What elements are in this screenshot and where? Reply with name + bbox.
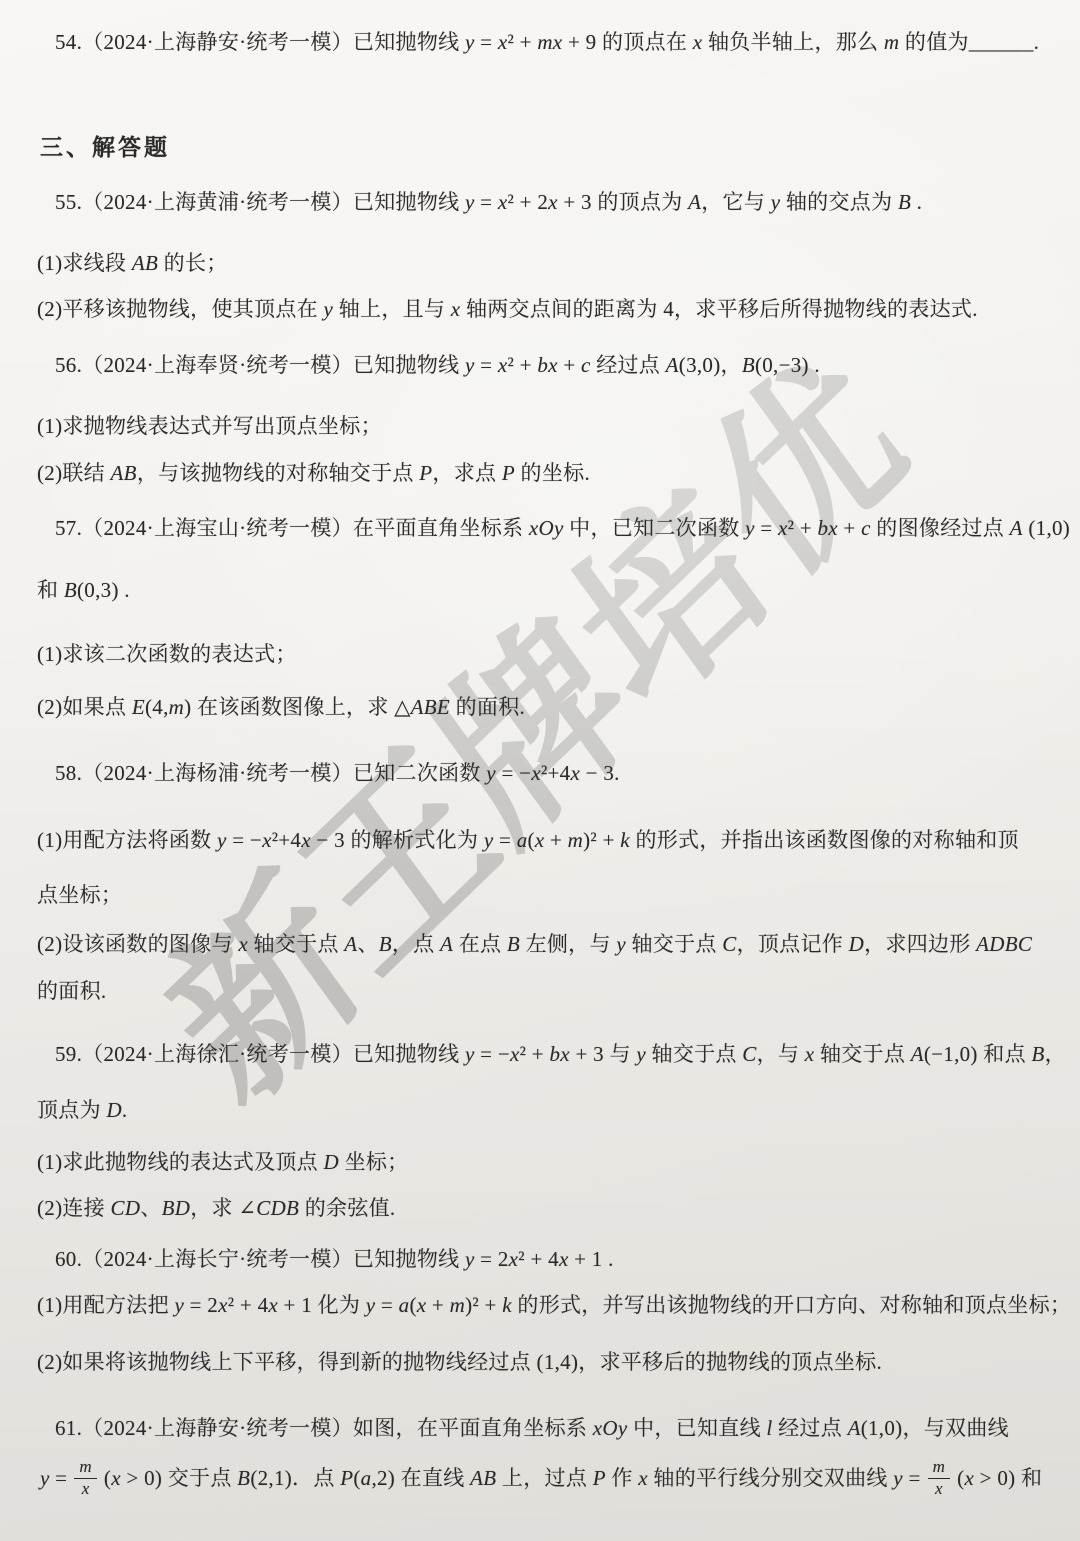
problem-59-stem-cont: 顶点为 D. xyxy=(37,1096,127,1124)
problem-55-stem: 55.（2024·上海黄浦·统考一模）已知抛物线 y = x² + 2x + 3… xyxy=(55,188,922,216)
math-middle: (x > 0) 交于点 B(2,1)．点 P(a,2) 在直线 AB 上，过点 … xyxy=(104,1464,921,1492)
math-suffix: (x > 0) 和 xyxy=(957,1464,1042,1492)
problem-57-part-1: (1)求该二次函数的表达式； xyxy=(37,640,297,668)
section-header: 三、解答题 xyxy=(40,132,170,163)
problem-54: 54.（2024·上海静安·统考一模）已知抛物线 y = x² + mx + 9… xyxy=(55,28,1039,56)
problem-56-part-1: (1)求抛物线表达式并写出顶点坐标； xyxy=(37,412,382,440)
problem-61-stem: 61.（2024·上海静安·统考一模）如图，在平面直角坐标系 xOy 中，已知直… xyxy=(55,1414,1009,1442)
math-prefix: y = xyxy=(40,1464,67,1492)
fraction-numerator: m xyxy=(928,1458,951,1479)
problem-60-part-1: (1)用配方法把 y = 2x² + 4x + 1 化为 y = a(x + m… xyxy=(37,1291,1071,1319)
problem-58-part-2-cont: 的面积. xyxy=(37,977,106,1005)
problem-57-part-2: (2)如果点 E(4,m) 在该函数图像上，求 △ABE 的面积. xyxy=(37,693,525,721)
problem-59-part-1: (1)求此抛物线的表达式及顶点 D 坐标； xyxy=(37,1148,408,1176)
fraction-m-over-x: m x xyxy=(74,1458,97,1498)
problem-55-part-2: (2)平移该抛物线，使其顶点在 y 轴上，且与 x 轴两交点间的距离为 4，求平… xyxy=(37,295,978,323)
problem-60-stem: 60.（2024·上海长宁·统考一模）已知抛物线 y = 2x² + 4x + … xyxy=(55,1245,614,1273)
document-page: 新王牌培优 54.（2024·上海静安·统考一模）已知抛物线 y = x² + … xyxy=(0,0,1080,1541)
problem-56-part-2: (2)联结 AB，与该抛物线的对称轴交于点 P，求点 P 的坐标. xyxy=(37,459,590,487)
fraction-denominator: x xyxy=(935,1479,943,1499)
problem-56-stem: 56.（2024·上海奉贤·统考一模）已知抛物线 y = x² + bx + c… xyxy=(55,351,820,379)
problem-59-stem: 59.（2024·上海徐汇·统考一模）已知抛物线 y = −x² + bx + … xyxy=(55,1040,1066,1068)
fraction-numerator: m xyxy=(74,1458,97,1479)
problem-60-part-2: (2)如果将该抛物线上下平移，得到新的抛物线经过点 (1,4)，求平移后的抛物线… xyxy=(37,1348,882,1376)
problem-57-stem: 57.（2024·上海宝山·统考一模）在平面直角坐标系 xOy 中，已知二次函数… xyxy=(55,514,1070,542)
problem-58-stem: 58.（2024·上海杨浦·统考一模）已知二次函数 y = −x²+4x − 3… xyxy=(55,759,620,787)
fraction-denominator: x xyxy=(82,1479,90,1499)
problem-55-part-1: (1)求线段 AB 的长； xyxy=(37,249,228,277)
problem-61-stem-cont: y = m x (x > 0) 交于点 B(2,1)．点 P(a,2) 在直线 … xyxy=(40,1458,1042,1498)
fraction-m-over-x: m x xyxy=(928,1458,951,1498)
problem-58-part-1: (1)用配方法将函数 y = −x²+4x − 3 的解析式化为 y = a(x… xyxy=(37,826,1019,854)
problem-59-part-2: (2)连接 CD、BD，求 ∠CDB 的余弦值. xyxy=(37,1194,396,1222)
problem-58-part-2: (2)设该函数的图像与 x 轴交于点 A、B，点 A 在点 B 左侧，与 y 轴… xyxy=(37,930,1032,958)
watermark: 新王牌培优 xyxy=(144,328,931,1133)
problem-58-part-1-cont: 点坐标； xyxy=(37,881,122,909)
problem-57-stem-cont: 和 B(0,3) . xyxy=(37,576,130,604)
